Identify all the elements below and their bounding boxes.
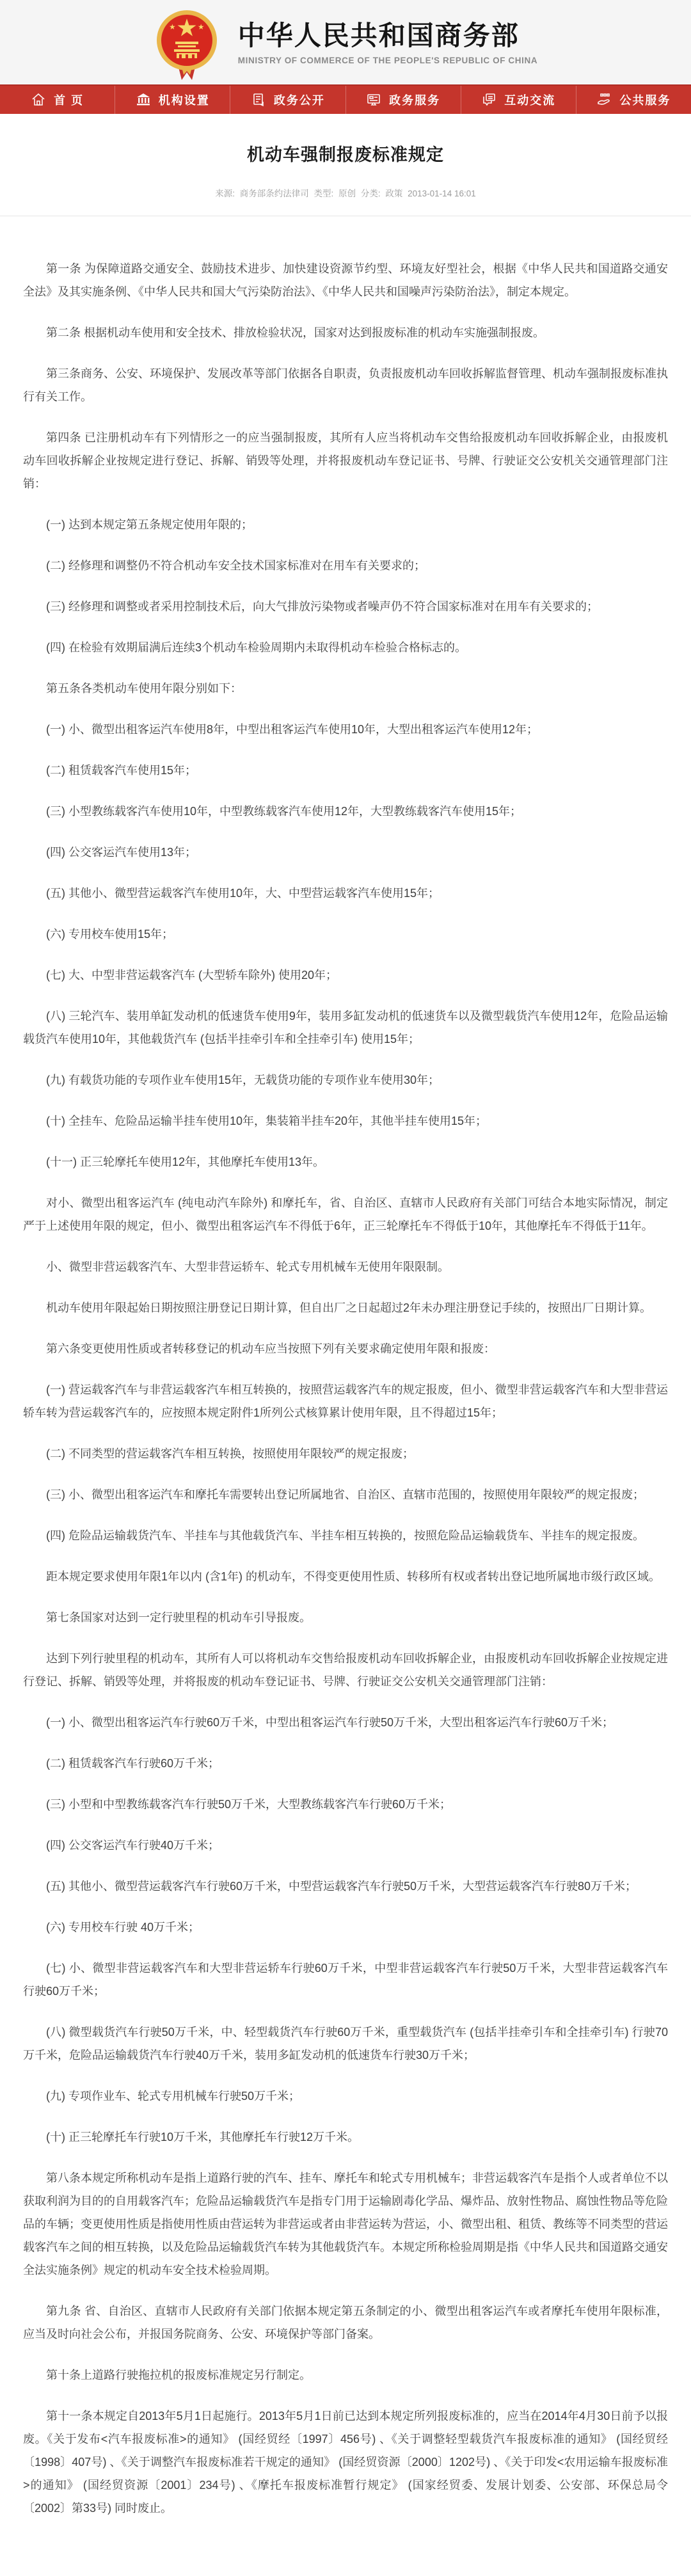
article-paragraph: 第二条 根据机动车使用和安全技术、排放检验状况，国家对达到报废标准的机动车实施强… xyxy=(23,321,668,344)
article-paragraph: (三) 小、微型出租客运汽车和摩托车需要转出登记所属地省、自治区、直辖市范围的，… xyxy=(23,1483,668,1506)
nav-label: 首 页 xyxy=(54,91,84,108)
nav-item-public-services[interactable]: 公共服务 xyxy=(576,86,691,114)
chat-icon xyxy=(481,92,496,107)
article-paragraph: 第十一条本规定自2013年5月1日起施行。2013年5月1日前已达到本规定所列报… xyxy=(23,2405,668,2520)
article-paragraph: 第一条 为保障道路交通安全、鼓励技术进步、加快建设资源节约型、环境友好型社会，根… xyxy=(23,257,668,303)
nav-label: 政务公开 xyxy=(274,91,325,108)
article-paragraph: 第八条本规定所称机动车是指上道路行驶的汽车、挂车、摩托车和轮式专用机械车；非营运… xyxy=(23,2167,668,2282)
article-paragraph: (一) 营运载客汽车与非营运载客汽车相互转换的，按照营运载客汽车的规定报废，但小… xyxy=(23,1378,668,1424)
nav-item-organization[interactable]: 机构设置 xyxy=(115,86,230,114)
article-paragraph: (一) 小、微型出租客运汽车行驶60万千米，中型出租客运汽车行驶50万千米，大型… xyxy=(23,1711,668,1734)
article-paragraph: (三) 经修理和调整或者采用控制技术后，向大气排放污染物或者噪声仍不符合国家标准… xyxy=(23,595,668,618)
nav-label: 互动交流 xyxy=(504,91,555,108)
article-paragraph: (五) 其他小、微型营运载客汽车行驶60万千米，中型营运载客汽车行驶50万千米，… xyxy=(23,1875,668,1898)
article-paragraph: (二) 租赁载客汽车行驶60万千米； xyxy=(23,1752,668,1775)
article-paragraph: 第四条 已注册机动车有下列情形之一的应当强制报废，其所有人应当将机动车交售给报废… xyxy=(23,426,668,495)
national-emblem-logo[interactable] xyxy=(154,8,220,80)
site-title: 中华人民共和国商务部 xyxy=(238,19,537,53)
article-paragraph: (二) 租赁载客汽车使用15年； xyxy=(23,759,668,782)
article-paragraph: 第九条 省、自治区、直辖市人民政府有关部门依据本规定第五条制定的小、微型出租客运… xyxy=(23,2300,668,2346)
nav-label: 机构设置 xyxy=(159,91,210,108)
nav-item-interaction[interactable]: 互动交流 xyxy=(461,86,576,114)
article-title: 机动车强制报废标准规定 xyxy=(0,141,691,166)
article-paragraph: (十一) 正三轮摩托车使用12年，其他摩托车使用13年。 xyxy=(23,1150,668,1173)
nav-label: 公共服务 xyxy=(619,91,671,108)
home-icon xyxy=(31,92,46,107)
article-paragraph: 第十条上道路行驶拖拉机的报废标准规定另行制定。 xyxy=(23,2364,668,2387)
article-paragraph: (四) 在检验有效期届满后连续3个机动车检验周期内未取得机动车检验合格标志的。 xyxy=(23,636,668,659)
document-icon xyxy=(251,92,266,107)
article-body: 第一条 为保障道路交通安全、鼓励技术进步、加快建设资源节约型、环境友好型社会，根… xyxy=(0,216,691,2576)
article-paragraph: 对小、微型出租客运汽车 (纯电动汽车除外) 和摩托车，省、自治区、直辖市人民政府… xyxy=(23,1191,668,1237)
article-paragraph: (一) 达到本规定第五条规定使用年限的； xyxy=(23,513,668,536)
meta-datetime: 2013-01-14 16:01 xyxy=(408,189,476,198)
article-paragraph: (二) 经修理和调整仍不符合机动车安全技术国家标准对在用车有关要求的； xyxy=(23,554,668,577)
article-paragraph: (九) 有载货功能的专项作业车使用15年，无载货功能的专项作业车使用30年； xyxy=(23,1069,668,1092)
article-paragraph: (三) 小型和中型教练载客汽车行驶50万千米，大型教练载客汽车行驶60万千米； xyxy=(23,1793,668,1816)
article-paragraph: (六) 专用校车行驶 40万千米； xyxy=(23,1916,668,1939)
article-paragraph: (十) 全挂车、危险品运输半挂车使用10年，集装箱半挂车20年，其他半挂车使用1… xyxy=(23,1109,668,1133)
article-paragraph: (七) 大、中型非营运载客汽车 (大型轿车除外) 使用20年； xyxy=(23,964,668,987)
article-paragraph: (十) 正三轮摩托车行驶10万千米，其他摩托车行驶12万千米。 xyxy=(23,2126,668,2149)
article-paragraph: 第七条国家对达到一定行驶里程的机动车引导报废。 xyxy=(23,1606,668,1629)
meta-type-label: 类型: xyxy=(314,189,334,198)
article-paragraph: (八) 微型载货汽车行驶50万千米，中、轻型载货汽车行驶60万千米，重型载货汽车… xyxy=(23,2021,668,2067)
article-paragraph: 机动车使用年限起始日期按照注册登记日期计算，但自出厂之日起超过2年未办理注册登记… xyxy=(23,1296,668,1319)
meta-category-value: 政策 xyxy=(385,189,402,198)
main-nav: 首 页 机构设置 政务公开 政务服务 互动交流 公共服务 xyxy=(0,84,691,114)
article-paragraph: 距本规定要求使用年限1年以内 (含1年) 的机动车，不得变更使用性质、转移所有权… xyxy=(23,1565,668,1588)
site-header: 中华人民共和国商务部 MINISTRY OF COMMERCE OF THE P… xyxy=(0,0,691,84)
nav-item-home[interactable]: 首 页 xyxy=(0,86,115,114)
article-paragraph: 小、微型非营运载客汽车、大型非营运轿车、轮式专用机械车无使用年限限制。 xyxy=(23,1255,668,1278)
article-paragraph: (二) 不同类型的营运载客汽车相互转换，按照使用年限较严的规定报废； xyxy=(23,1442,668,1465)
national-emblem-icon xyxy=(154,8,220,80)
article-paragraph: 达到下列行驶里程的机动车，其所有人可以将机动车交售给报废机动车回收拆解企业，由报… xyxy=(23,1647,668,1693)
article-paragraph: (八) 三轮汽车、装用单缸发动机的低速货车使用9年，装用多缸发动机的低速货车以及… xyxy=(23,1005,668,1051)
institution-icon xyxy=(136,92,151,107)
article-paragraph: (四) 危险品运输载货汽车、半挂车与其他载货汽车、半挂车相互转换的，按照危险品运… xyxy=(23,1524,668,1547)
meta-type-value: 原创 xyxy=(338,189,356,198)
article-paragraph: (九) 专项作业车、轮式专用机械车行驶50万千米； xyxy=(23,2085,668,2108)
meta-source-value: 商务部条约法律司 xyxy=(240,189,309,198)
article-paragraph: (六) 专用校车使用15年； xyxy=(23,923,668,946)
article-paragraph: (五) 其他小、微型营运载客汽车使用10年，大、中型营运载客汽车使用15年； xyxy=(23,882,668,905)
monitor-icon xyxy=(366,92,381,107)
article-meta: 来源: 商务部条约法律司 类型: 原创 分类: 政策 2013-01-14 16… xyxy=(0,186,691,199)
article-head: 机动车强制报废标准规定 来源: 商务部条约法律司 类型: 原创 分类: 政策 2… xyxy=(0,114,691,216)
article-paragraph: (一) 小、微型出租客运汽车使用8年，中型出租客运汽车使用10年，大型出租客运汽… xyxy=(23,718,668,741)
nav-item-gov-services[interactable]: 政务服务 xyxy=(346,86,461,114)
nav-label: 政务服务 xyxy=(389,91,440,108)
article-paragraph: (四) 公交客运汽车行驶40万千米； xyxy=(23,1834,668,1857)
meta-category-label: 分类: xyxy=(361,189,381,198)
nav-item-gov-affairs[interactable]: 政务公开 xyxy=(230,86,345,114)
service-hand-icon xyxy=(596,92,612,107)
article-paragraph: (四) 公交客运汽车使用13年； xyxy=(23,841,668,864)
article-paragraph: 第六条变更使用性质或者转移登记的机动车应当按照下列有关要求确定使用年限和报废： xyxy=(23,1337,668,1360)
article: 机动车强制报废标准规定 来源: 商务部条约法律司 类型: 原创 分类: 政策 2… xyxy=(0,114,691,2576)
article-paragraph: (三) 小型教练载客汽车使用10年，中型教练载客汽车使用12年，大型教练载客汽车… xyxy=(23,800,668,823)
article-paragraph: 第五条各类机动车使用年限分别如下： xyxy=(23,677,668,700)
article-paragraph: (七) 小、微型非营运载客汽车和大型非营运轿车行驶60万千米，中型非营运载客汽车… xyxy=(23,1957,668,2003)
meta-source-label: 来源: xyxy=(215,189,235,198)
article-paragraph: 第三条商务、公安、环境保护、发展改革等部门依据各自职责，负责报废机动车回收拆解监… xyxy=(23,362,668,408)
site-subtitle-en: MINISTRY OF COMMERCE OF THE PEOPLE'S REP… xyxy=(238,56,537,65)
